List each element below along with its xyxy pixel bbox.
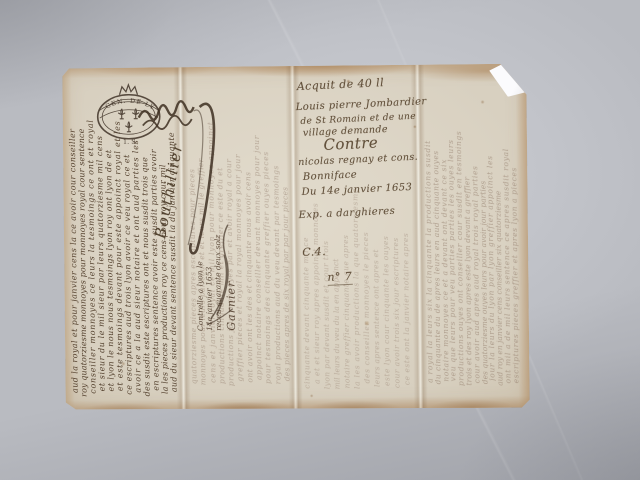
panel-4-bleedthrough-script: a royal la leurs six la cinquante la pro… [423, 80, 520, 387]
countersign-signature: Garnier [224, 235, 238, 331]
docket-line: Acquit de 40 ll [297, 76, 385, 93]
docket-line: Exp. a darghieres [298, 206, 395, 221]
panel-2-bleedthrough-script: quatorziesme pieces apres escriptures po… [186, 78, 291, 387]
countersign-block: Contrelle a lyon le 14e janvier 1653 rec… [195, 234, 254, 331]
photo-backdrop: aud la royal et pour janvier cens la ce … [0, 0, 640, 480]
curled-bottom-edges [66, 392, 530, 413]
docket-contre-line: Contre [323, 133, 378, 153]
docket-line: Louis pierre Jombardier [296, 96, 427, 113]
case-reference: C.4. [302, 245, 326, 259]
piece-number: n° 7 [327, 270, 352, 286]
docket-date-line: Du 14e janvier 1653 [301, 182, 412, 198]
manuscript-document: aud la royal et pour janvier cens la ce … [62, 64, 530, 413]
docket-inscription: Acquit de 40 ll Louis pierre Jombardier … [292, 71, 426, 306]
docket-line: nicolas regnay et cons. [298, 152, 418, 168]
panel-1-handwritten-script: aud la royal et pour janvier cens la ce … [67, 75, 178, 398]
docket-line: Bonniface [303, 169, 358, 182]
countersign-line: receu quarante deux solz [213, 235, 223, 331]
